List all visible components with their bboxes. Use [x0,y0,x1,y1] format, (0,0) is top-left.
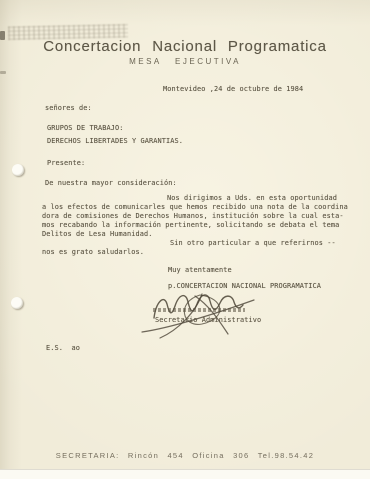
scan-bottom-edge [0,469,370,479]
signer-title: Secretario Administrativo [155,316,261,325]
body-paragraph: Nos dirigimos a Uds. en esta oportunidad… [42,194,358,257]
obscured-typed-name [153,308,245,312]
letterhead-title: Concertacion Nacional Programatica [0,38,370,55]
punch-hole [11,297,23,309]
body-line: nos es grato saludarlos. [42,248,358,257]
scan-speck [0,71,6,74]
recipient-group-line1: GRUPOS DE TRABAJO: [47,124,123,133]
scanned-letter-page: Concertacion Nacional Programatica MESA … [0,0,370,479]
recipient-group-line2: DERECHOS LIBERTADES Y GARANTIAS. [47,137,183,146]
salutation: señores de: [45,104,92,113]
punch-hole [12,164,24,176]
signature-scribble [140,288,260,342]
present-line: Presente: [47,159,85,168]
body-line: dora de comisiones de Derechos Humanos, … [42,212,358,221]
valediction: Muy atentamente [168,266,232,275]
greeting-line: De nuestra mayor consideración: [45,179,177,188]
typist-initials: E.S. ao [46,344,80,353]
body-line: mos recabando la información pertinente,… [42,221,358,230]
date-line: Montevideo ,24 de octubre de 1984 [163,85,303,94]
body-line: Delitos de Lesa Humanidad. [42,230,358,239]
body-line: Nos dirigimos a Uds. en esta oportunidad [42,194,358,203]
body-line: Sin otro particular a que referirnos -- [42,239,358,248]
letterhead-subtitle: MESA EJECUTIVA [0,57,370,66]
letterhead-footer: SECRETARIA: Rincón 454 Oficina 306 Tel.9… [0,451,370,460]
body-line: a los efectos de comunicarles que hemos … [42,203,358,212]
